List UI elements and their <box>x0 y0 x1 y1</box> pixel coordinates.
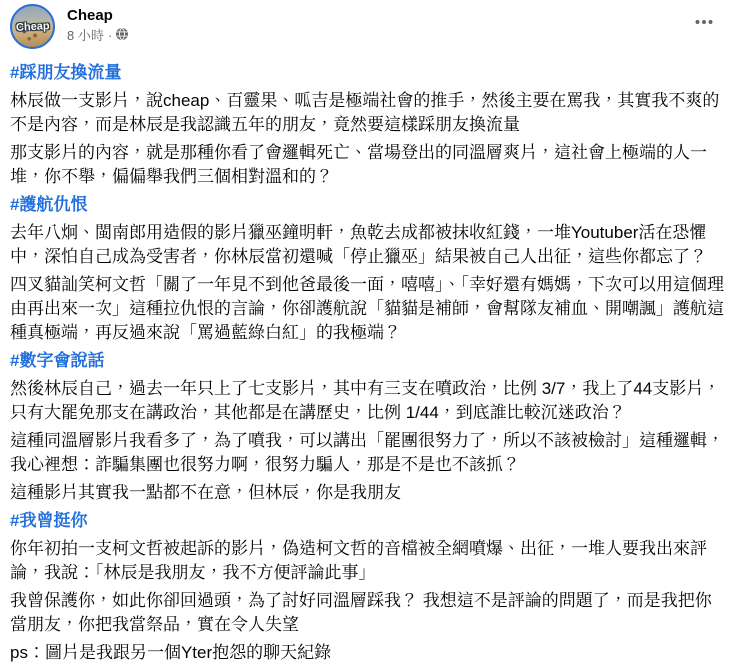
hashtag-link[interactable]: #我曾挺你 <box>10 509 726 533</box>
post-body: #踩朋友換流量林辰做一支影片，說cheap、百靈果、呱吉是極端社會的推手，然後主… <box>0 49 734 665</box>
avatar-label: Cheap <box>15 20 49 34</box>
post-paragraph: 你年初拍一支柯文哲被起訴的影片，偽造柯文哲的音檔被全網噴爆、出征，一堆人要我出來… <box>10 537 726 585</box>
post-paragraph: 這種影片其實我一點都不在意，但林辰，你是我朋友 <box>10 481 726 505</box>
post-paragraph: 然後林辰自己，過去一年只上了七支影片，其中有三支在噴政治，比例 3/7，我上了4… <box>10 377 726 425</box>
ellipsis-icon <box>694 12 714 32</box>
hashtag-link[interactable]: #踩朋友換流量 <box>10 61 726 85</box>
post-paragraph: ps：圖片是我跟另一個Yter抱怨的聊天紀錄 <box>10 641 726 665</box>
globe-icon <box>116 27 128 44</box>
post-paragraph: 我曾保護你，如此你卻回過頭，為了討好同溫層踩我？ 我想這不是評論的問題了，而是我… <box>10 589 726 637</box>
header-meta: Cheap 8 小時 · <box>67 4 128 44</box>
dot-separator: · <box>108 27 112 44</box>
facebook-post: Cheap Cheap 8 小時 · <box>0 0 734 670</box>
hashtag-link[interactable]: #護航仇恨 <box>10 193 726 217</box>
avatar[interactable]: Cheap <box>10 4 55 49</box>
author-name[interactable]: Cheap <box>67 6 113 26</box>
post-header: Cheap Cheap 8 小時 · <box>0 0 734 49</box>
post-paragraph: 林辰做一支影片，說cheap、百靈果、呱吉是極端社會的推手，然後主要在罵我，其實… <box>10 89 726 137</box>
timestamp[interactable]: 8 小時 <box>67 27 104 44</box>
post-paragraph: 去年八炯、閩南郎用造假的影片獵巫鐘明軒，魚乾去成都被抹收紅錢，一堆Youtube… <box>10 221 726 269</box>
post-subline: 8 小時 · <box>67 27 128 44</box>
more-options-button[interactable] <box>688 8 720 36</box>
post-paragraph: 這種同溫層影片我看多了，為了噴我，可以講出「罷團很努力了，所以不該被檢討」這種邏… <box>10 429 726 477</box>
post-paragraph: 四叉貓訕笑柯文哲「關了一年見不到他爸最後一面，嘻嘻」、「幸好還有媽媽，下次可以用… <box>10 273 726 345</box>
hashtag-link[interactable]: #數字會說話 <box>10 349 726 373</box>
post-paragraph: 那支影片的內容，就是那種你看了會邏輯死亡、當場登出的同溫層爽片，這社會上極端的人… <box>10 141 726 189</box>
